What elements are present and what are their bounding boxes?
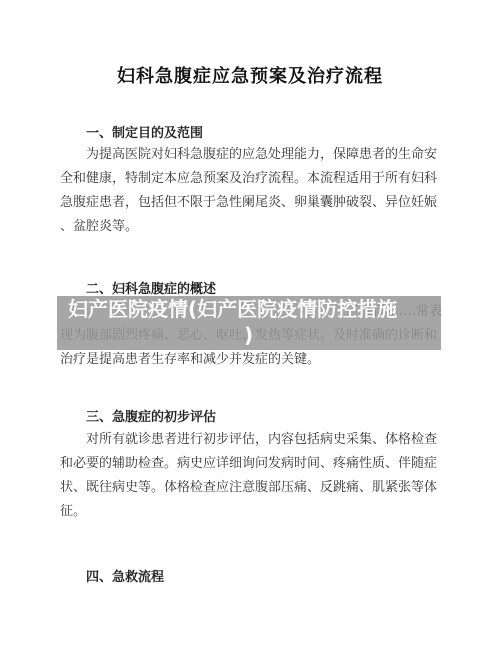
paragraph-line: 急腹症患者，包括但不限于急性阑尾炎、卵巢囊肿破裂、异位妊娠 [60,191,442,215]
section-heading-3: 三、急腹症的初步评估 [86,406,216,425]
document-title: 妇科急腹症应急预案及治疗流程 [0,62,500,88]
paragraph-line: 全和健康，特制定本应急预案及治疗流程。本流程适用于所有妇科 [60,167,442,191]
section-heading-2: 二、妇科急腹症的概述 [86,278,216,297]
paragraph-line: 和必要的辅助检查。病史应详细询问发病时间、疼痛性质、伴随症 [60,452,442,476]
paragraph-line: 为提高医院对妇科急腹症的应急处理能力，保障患者的生命安 [60,143,442,167]
paragraph-line: 状、既往病史等。体格检查应注意腹部压痛、反跳痛、肌紧张等体 [60,476,442,500]
section-body-1: 为提高医院对妇科急腹症的应急处理能力，保障患者的生命安 全和健康，特制定本应急预… [60,143,442,239]
overlay-title-line2: ) [68,322,448,348]
section-heading-4: 四、急救流程 [86,566,164,585]
overlay-title: 妇产医院疫情(妇产医院疫情防控措施 ) [68,296,448,348]
paragraph-line: 、盆腔炎等。 [60,215,442,239]
section-body-3: 对所有就诊患者进行初步评估，内容包括病史采集、体格检查 和必要的辅助检查。病史应… [60,428,442,524]
section-heading-1: 一、制定目的及范围 [86,122,203,141]
overlay-title-line1: 妇产医院疫情(妇产医院疫情防控措施 [68,297,397,321]
paragraph-line: 治疗是提高患者生存率和减少并发症的关键。 [60,348,442,372]
paragraph-line: 对所有就诊患者进行初步评估，内容包括病史采集、体格检查 [60,428,442,452]
paragraph-line: 征。 [60,500,442,524]
